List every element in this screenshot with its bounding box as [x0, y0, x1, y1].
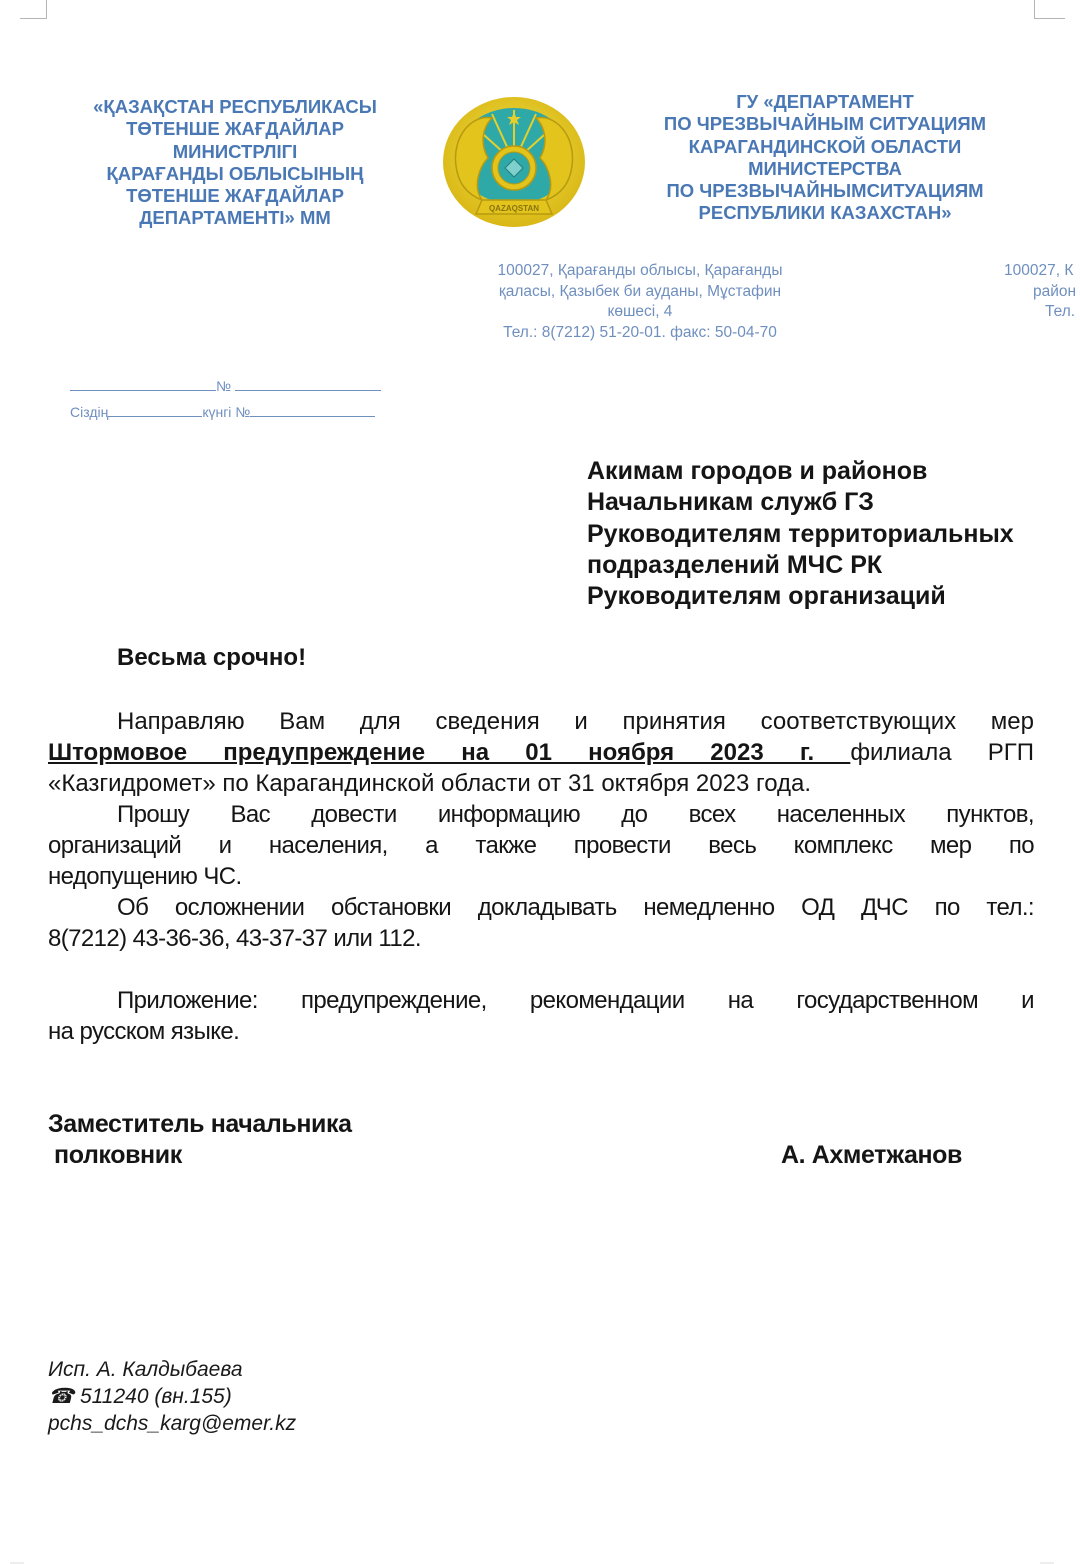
letterhead-line: ДЕПАРТАМЕНТІ» ММ	[70, 207, 400, 229]
ref-number-blank	[250, 404, 375, 417]
paragraph-text: 8(7212) 43-36-36, 43-37-37 или 112.	[48, 923, 1034, 954]
date-blank	[70, 378, 216, 391]
outgoing-number-line: №	[70, 378, 381, 394]
recipient-line: Акимам городов и районов	[587, 456, 1014, 487]
your-ref-label: Сіздің	[70, 404, 108, 420]
ref-date-blank	[108, 404, 202, 417]
address-contacts: Тел.: 8(7212) 51-20-01. факс: 50-04-70	[455, 323, 825, 344]
signatory-name: А. Ахметжанов	[781, 1141, 962, 1170]
page-corner-mark	[1034, 0, 1065, 19]
paragraph-text: Об осложнении обстановки докладывать нем…	[117, 894, 1034, 921]
paragraph-text: организаций и населения, а также провест…	[48, 830, 1034, 861]
organization-address-clipped: 100027, К район Тел.	[990, 261, 1080, 323]
letterhead-ru: ГУ «ДЕПАРТАМЕНТ ПО ЧРЕЗВЫЧАЙНЫМ СИТУАЦИЯ…	[640, 91, 1010, 225]
paragraph-text: филиала РГП	[850, 739, 1034, 766]
address-line: қаласы, Қазыбек би ауданы, Мұстафин	[455, 282, 825, 303]
signatory-position: Заместитель начальника	[48, 1110, 352, 1139]
address-line: район	[990, 282, 1080, 303]
paragraph-text: Направляю Вам для сведения и принятия со…	[117, 708, 1034, 735]
letterhead-line: РЕСПУБЛИКИ КАЗАХСТАН»	[640, 202, 1010, 224]
urgency-label: Весьма срочно!	[117, 644, 306, 672]
letterhead-line: МИНИСТЕРСТВА	[640, 158, 1010, 180]
address-line: Тел.	[990, 302, 1080, 323]
executor-phone: 511240 (вн.155)	[80, 1385, 232, 1408]
address-line: 100027, Қарағанды облысы, Қарағанды	[455, 261, 825, 282]
letterhead-line: ПО ЧРЕЗВЫЧАЙНЫМ СИТУАЦИЯМ	[640, 113, 1010, 135]
address-line: 100027, К	[990, 261, 1080, 282]
attachment-note: Приложение: предупреждение, рекомендации…	[48, 985, 1034, 1047]
executor-block: Исп. А. Калдыбаева ☎ 511240 (вн.155) pch…	[48, 1356, 296, 1437]
paragraph-text: Прошу Вас довести информацию до всех нас…	[117, 801, 1034, 828]
letterhead-line: ҚАРАҒАНДЫ ОБЛЫСЫНЫҢ	[70, 163, 400, 185]
storm-warning-title: Штормовое предупреждение на 01 ноября 20…	[48, 739, 850, 766]
state-emblem-icon: QAZAQSTAN	[442, 96, 586, 228]
body-paragraph-1: Направляю Вам для сведения и принятия со…	[48, 706, 1034, 799]
letterhead-line: ПО ЧРЕЗВЫЧАЙНЫМСИТУАЦИЯМ	[640, 180, 1010, 202]
page-corner-mark	[20, 0, 47, 19]
letterhead-line: МИНИСТРЛІГІ	[70, 141, 400, 163]
letterhead-kz: «ҚАЗАҚСТАН РЕСПУБЛИКАСЫ ТӨТЕНШЕ ЖАҒДАЙЛА…	[70, 96, 400, 230]
number-blank	[235, 378, 381, 391]
executor-phone-line: ☎ 511240 (вн.155)	[48, 1383, 296, 1410]
letterhead-line: ТӨТЕНШЕ ЖАҒДАЙЛАР	[70, 118, 400, 140]
executor-email: pchs_dchs_karg@emer.kz	[48, 1410, 296, 1437]
recipient-line: Руководителям территориальных	[587, 519, 1014, 550]
number-sign: №	[216, 378, 231, 394]
recipient-line: Начальникам служб ГЗ	[587, 487, 1014, 518]
incoming-reference-line: Сіздіңкүнгі №	[70, 404, 375, 420]
letterhead-line: КАРАГАНДИНСКОЙ ОБЛАСТИ	[640, 136, 1010, 158]
telephone-icon: ☎	[48, 1385, 80, 1408]
letterhead-line: ТӨТЕНШЕ ЖАҒДАЙЛАР	[70, 185, 400, 207]
body-paragraph-2: Прошу Вас довести информацию до всех нас…	[48, 799, 1034, 892]
signatory-rank: полковник	[54, 1141, 182, 1170]
recipients-block: Акимам городов и районов Начальникам слу…	[587, 456, 1014, 612]
letterhead-line: ГУ «ДЕПАРТАМЕНТ	[640, 91, 1010, 113]
executor-name: Исп. А. Калдыбаева	[48, 1356, 296, 1383]
paragraph-text: Приложение: предупреждение, рекомендации…	[117, 987, 1034, 1014]
letterhead-line: «ҚАЗАҚСТАН РЕСПУБЛИКАСЫ	[70, 96, 400, 118]
svg-text:QAZAQSTAN: QAZAQSTAN	[489, 204, 539, 213]
organization-address: 100027, Қарағанды облысы, Қарағанды қала…	[455, 261, 825, 343]
address-line: көшесі, 4	[455, 302, 825, 323]
recipient-line: подразделений МЧС РК	[587, 550, 1014, 581]
ref-number-label: күнгі №	[202, 404, 250, 420]
recipient-line: Руководителям организаций	[587, 581, 1014, 612]
paragraph-text: на русском языке.	[48, 1016, 1034, 1047]
paragraph-text: «Казгидромет» по Карагандинской области …	[48, 768, 1034, 799]
paragraph-text: недопущению ЧС.	[48, 861, 1034, 892]
body-paragraph-3: Об осложнении обстановки докладывать нем…	[48, 892, 1034, 954]
